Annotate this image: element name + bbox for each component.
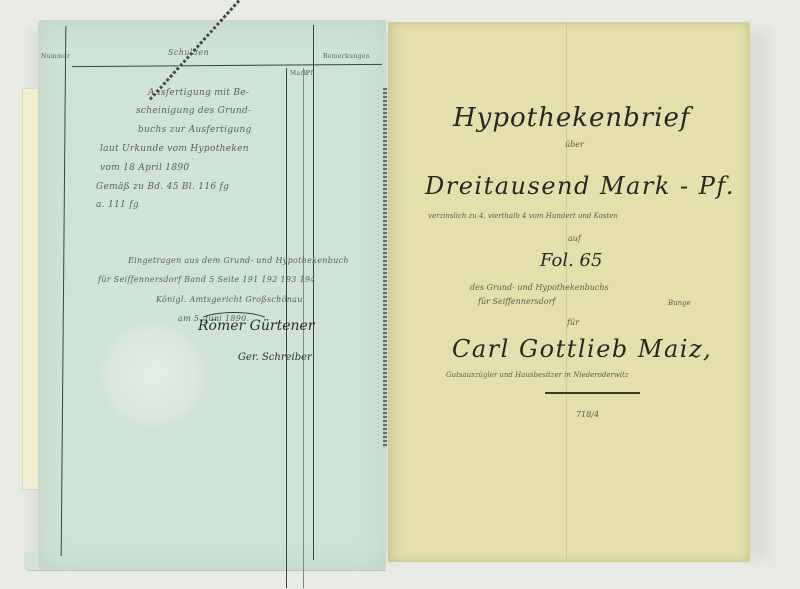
entry-line: scheinigung des Grund- (136, 106, 251, 116)
over-label: über (565, 140, 584, 149)
left-page-ledger: Nummer Schulden Mark Pf. Bemerkungen Aus… (38, 20, 386, 570)
header-pfennig: Pf. (306, 70, 315, 77)
register-line: des Grund- und Hypothekenbuchs (470, 283, 609, 292)
document-title: Hypothekenbrief (453, 103, 691, 133)
certification-line: Eingetragen aus dem Grund- und Hypotheke… (128, 256, 349, 265)
entry-line: laut Urkunde vom Hypotheken (100, 144, 249, 154)
reference-number: 718/4 (576, 410, 599, 419)
header-number: Nummer (41, 53, 70, 60)
entry-line: Ausfertigung mit Be- (148, 88, 249, 98)
creditor-name: Carl Gottlieb Maiz, (452, 335, 712, 363)
spine-binding (383, 88, 387, 448)
signature: Römer Gürtener (198, 318, 314, 334)
entry-line: a. 111 fg (96, 200, 139, 210)
embossed-seal (98, 320, 208, 430)
on-label: auf (568, 234, 581, 243)
creditor-description: Gutsauszügler und Hausbesitzer in Nieder… (446, 371, 629, 379)
entry-line: Gemäß zu Bd. 45 Bl. 116 fg (96, 182, 229, 192)
certification-line: Königl. Amtsgericht Großschönau (156, 295, 303, 304)
header-remarks: Bemerkungen (323, 53, 370, 60)
entry-line: buchs zur Ausfertigung (138, 125, 252, 135)
amount: Dreitausend Mark - Pf. (425, 172, 735, 200)
folio: Fol. 65 (540, 250, 602, 271)
column-line-remarks (313, 25, 314, 560)
separator-rule (545, 392, 640, 394)
entry-line: vom 18 April 1890 (100, 163, 189, 173)
certification-line: für Seiffennersdorf Band 5 Seite 191 192… (98, 275, 316, 284)
register-line: für Seiffennersdorf (478, 297, 555, 306)
header-rule (72, 64, 382, 67)
signature-title: Ger. Schreiber (238, 352, 312, 363)
for-label: für (567, 318, 579, 327)
register-note: Bunge (668, 299, 691, 307)
column-line-number (61, 26, 67, 556)
interest-line: verzinslich zu 4, vierthalb 4 vom Hunder… (428, 212, 618, 220)
